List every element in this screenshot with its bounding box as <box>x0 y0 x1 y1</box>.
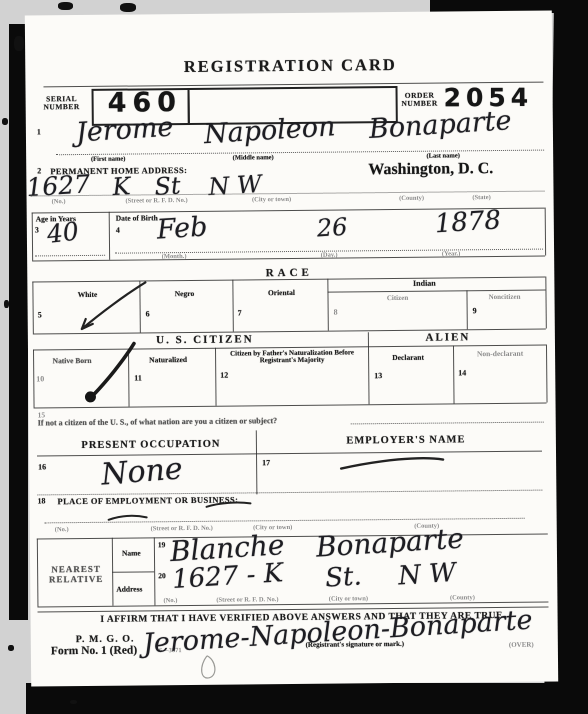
rule <box>37 451 542 457</box>
divider <box>545 208 546 256</box>
nondeclarant-label: Non-declarant <box>458 350 542 359</box>
relative-no-label: (No.) <box>152 598 188 605</box>
scan-border-bottom <box>26 683 588 714</box>
naturalized-label: Naturalized <box>128 356 208 365</box>
address-city-label: (City or town) <box>227 197 317 205</box>
divider <box>232 280 233 332</box>
relative-city-label: (City or town) <box>308 596 388 604</box>
divider <box>453 345 455 403</box>
dob-label: Date of Birth <box>116 214 158 222</box>
first-name-label: (First name) <box>68 156 148 164</box>
race-indian-citizen-label: Citizen <box>362 295 432 303</box>
scan-speck <box>70 700 77 704</box>
divider <box>109 212 110 260</box>
father-naturalization-number: 12 <box>220 372 228 380</box>
race-indian-noncitizen-number: 9 <box>473 307 477 315</box>
line20-number: 20 <box>158 572 166 580</box>
city-stamp: Washington, D. C. <box>368 160 493 179</box>
line19-number: 19 <box>158 541 166 549</box>
race-negro-number: 6 <box>146 310 150 318</box>
middle-name-label: (Middle name) <box>213 155 293 163</box>
native-born-ink-blob <box>85 391 96 402</box>
dob-year-handwriting: 1878 <box>434 205 502 239</box>
scan-speck <box>14 36 24 51</box>
order-number-label: ORDER NUMBER <box>398 92 442 108</box>
divider <box>139 280 140 332</box>
relative-name-label: Name <box>122 549 141 557</box>
scan-speck <box>2 118 8 125</box>
declarant-label: Declarant <box>373 354 443 363</box>
employer-dash-mark <box>341 458 443 469</box>
relative-address-st-handwriting: St. <box>324 561 362 593</box>
nondeclarant-number: 14 <box>458 369 466 377</box>
father-naturalization-label: Citizen by Father's Naturalization Befor… <box>218 349 366 365</box>
rule <box>112 571 154 572</box>
scan-speck <box>120 3 136 12</box>
form-number-text: Form No. 1 (Red) <box>51 644 137 657</box>
line18-number: 18 <box>37 497 45 505</box>
race-indian-label: Indian <box>394 279 454 288</box>
native-born-label: Native Born <box>32 357 112 366</box>
us-citizen-header: U. S. CITIZEN <box>125 334 285 347</box>
relative-county-label: (County) <box>422 595 502 603</box>
line1-number: 1 <box>37 128 41 136</box>
scan-speck <box>58 2 73 10</box>
age-handwriting: 40 <box>45 216 80 248</box>
dotted-rule <box>351 422 544 425</box>
line16-number: 16 <box>38 463 46 471</box>
divider <box>546 345 548 403</box>
race-white-number: 5 <box>38 311 42 319</box>
card-title: REGISTRATION CARD <box>165 56 415 76</box>
pencil-loop-mark <box>202 656 215 678</box>
first-name-handwriting: Jerome <box>75 112 174 149</box>
scan-speck <box>8 645 14 651</box>
race-oriental-number: 7 <box>238 309 242 317</box>
divider <box>256 430 258 494</box>
nation-question: If not a citizen of the U. S., of what n… <box>38 417 278 428</box>
rule <box>34 403 547 409</box>
relative-address-quadrant-handwriting: N W <box>397 558 456 592</box>
address-street-label: (Street or R. F. D. No.) <box>97 198 217 206</box>
dob-month-handwriting: Feb <box>156 212 208 246</box>
dotted-rule <box>35 255 105 257</box>
dob-day-label: (Day.) <box>299 252 359 259</box>
dob-day-handwriting: 26 <box>316 213 348 243</box>
divider <box>32 212 33 260</box>
naturalized-number: 11 <box>134 374 142 382</box>
relative-address-no-handwriting: 1627 - K <box>171 558 284 595</box>
age-number: 3 <box>35 226 39 234</box>
address-state-label: (State) <box>452 195 512 202</box>
relative-street-label: (Street or R. F. D. No.) <box>192 597 302 605</box>
rule <box>37 534 548 540</box>
divider <box>32 281 33 333</box>
employment-dash-mark-2 <box>109 516 147 520</box>
middle-name-handwriting: Napoleon <box>203 111 336 150</box>
race-indian-citizen-number: 8 <box>334 309 338 317</box>
dob-year-label: (Year.) <box>421 251 481 258</box>
employment-label: PLACE OF EMPLOYMENT OR BUSINESS: <box>57 496 238 507</box>
signature-label: (Registrant's signature or mark.) <box>255 640 455 649</box>
present-occupation-header: PRESENT OCCUPATION <box>61 438 241 451</box>
divider <box>37 538 39 606</box>
race-oriental-label: Oriental <box>241 289 321 298</box>
race-negro-label: Negro <box>144 290 224 299</box>
scanned-document: REGISTRATION CARD SERIAL NUMBER 460 ORDE… <box>0 0 588 714</box>
address-county-label: (County) <box>377 196 447 203</box>
dob-month-label: (Month.) <box>144 254 204 261</box>
registration-card: REGISTRATION CARD SERIAL NUMBER 460 ORDE… <box>25 10 558 686</box>
declarant-number: 13 <box>374 372 382 380</box>
relative-address-label: Address <box>116 585 142 593</box>
address-no-label: (No.) <box>39 199 79 206</box>
divider <box>327 279 328 331</box>
occupation-handwriting: None <box>100 451 184 492</box>
divider <box>466 290 467 329</box>
serial-number-label: SERIAL NUMBER <box>42 95 82 111</box>
dob-number: 4 <box>116 227 120 235</box>
alien-header: ALIEN <box>398 332 498 345</box>
employers-name-header: EMPLOYER'S NAME <box>316 434 496 447</box>
divider <box>368 332 370 404</box>
divider <box>545 277 546 329</box>
employment-no-label: (No.) <box>42 527 82 534</box>
race-white-label: White <box>47 291 127 300</box>
native-born-number: 10 <box>36 375 44 383</box>
line17-number: 17 <box>262 459 270 467</box>
nearest-relative-header-line2: RELATIVE <box>44 575 108 585</box>
divider <box>215 348 217 406</box>
over-label: (OVER) <box>509 642 534 650</box>
relative-last-name-handwriting: Bonaparte <box>315 522 465 564</box>
scan-speck <box>4 300 9 308</box>
race-indian-noncitizen-label: Noncitizen <box>469 294 539 302</box>
